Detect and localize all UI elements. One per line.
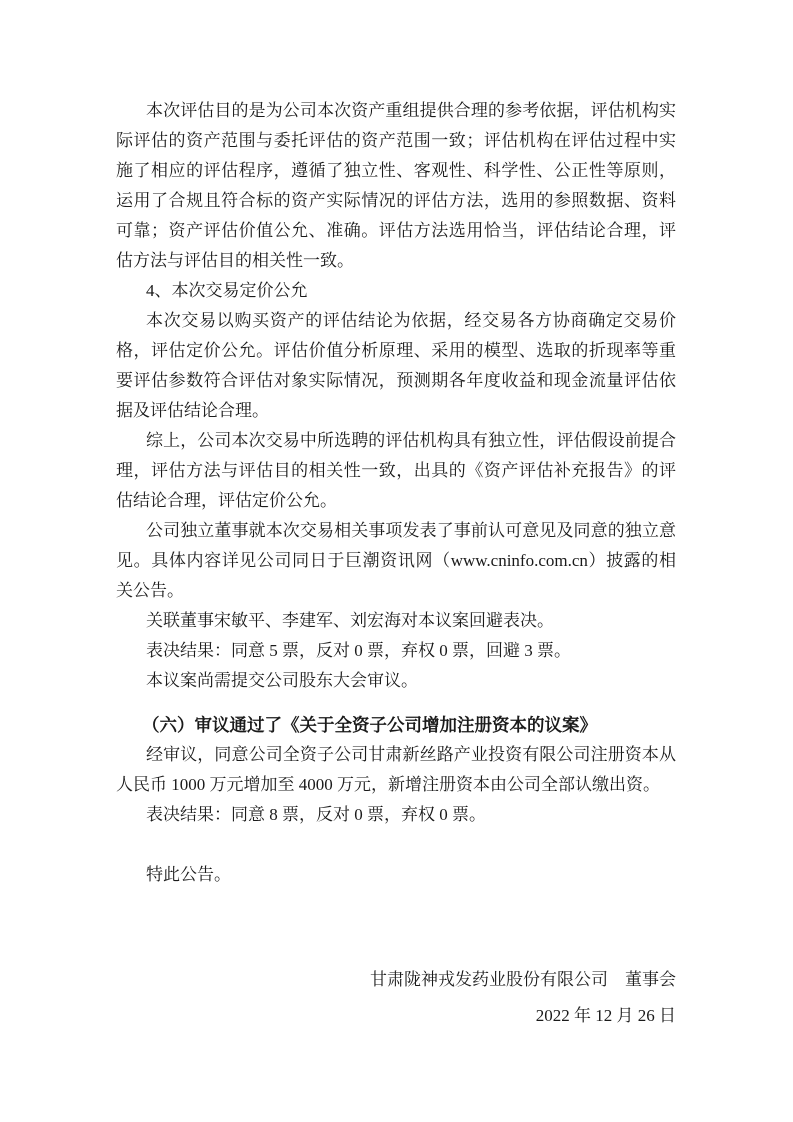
- paragraph-vote-result-5: 表决结果：同意 5 票，反对 0 票，弃权 0 票，回避 3 票。: [116, 636, 676, 666]
- document-body: 本次评估目的是为公司本次资产重组提供合理的参考依据，评估机构实际评估的资产范围与…: [116, 96, 676, 1034]
- signature-date: 2022 年 12 月 26 日: [116, 998, 676, 1034]
- section-heading-item6: （六）审议通过了《关于全资子公司增加注册资本的议案》: [116, 710, 676, 740]
- paragraph-capital-increase: 经审议，同意公司全资子公司甘肃新丝路产业投资有限公司注册资本从人民币 1000 …: [116, 740, 676, 800]
- paragraph-summary: 综上，公司本次交易中所选聘的评估机构具有独立性，评估假设前提合理，评估方法与评估…: [116, 426, 676, 516]
- paragraph-related-directors-abstain: 关联董事宋敏平、李建军、刘宏海对本议案回避表决。: [116, 606, 676, 636]
- paragraph-pricing-body: 本次交易以购买资产的评估结论为依据，经交易各方协商确定交易价格，评估定价公允。评…: [116, 306, 676, 426]
- paragraph-pricing-title: 4、本次交易定价公允: [116, 276, 676, 306]
- signature-block: 甘肃陇神戎发药业股份有限公司 董事会 2022 年 12 月 26 日: [116, 962, 676, 1034]
- paragraph-closing-announcement: 特此公告。: [116, 860, 676, 890]
- paragraph-eval-purpose: 本次评估目的是为公司本次资产重组提供合理的参考依据，评估机构实际评估的资产范围与…: [116, 96, 676, 276]
- document-page: 本次评估目的是为公司本次资产重组提供合理的参考依据，评估机构实际评估的资产范围与…: [0, 0, 793, 1122]
- paragraph-shareholder-meeting: 本议案尚需提交公司股东大会审议。: [116, 666, 676, 696]
- signature-company-name: 甘肃陇神戎发药业股份有限公司 董事会: [116, 962, 676, 998]
- paragraph-vote-result-8: 表决结果：同意 8 票，反对 0 票，弃权 0 票。: [116, 800, 676, 830]
- paragraph-independent-directors: 公司独立董事就本次交易相关事项发表了事前认可意见及同意的独立意见。具体内容详见公…: [116, 516, 676, 606]
